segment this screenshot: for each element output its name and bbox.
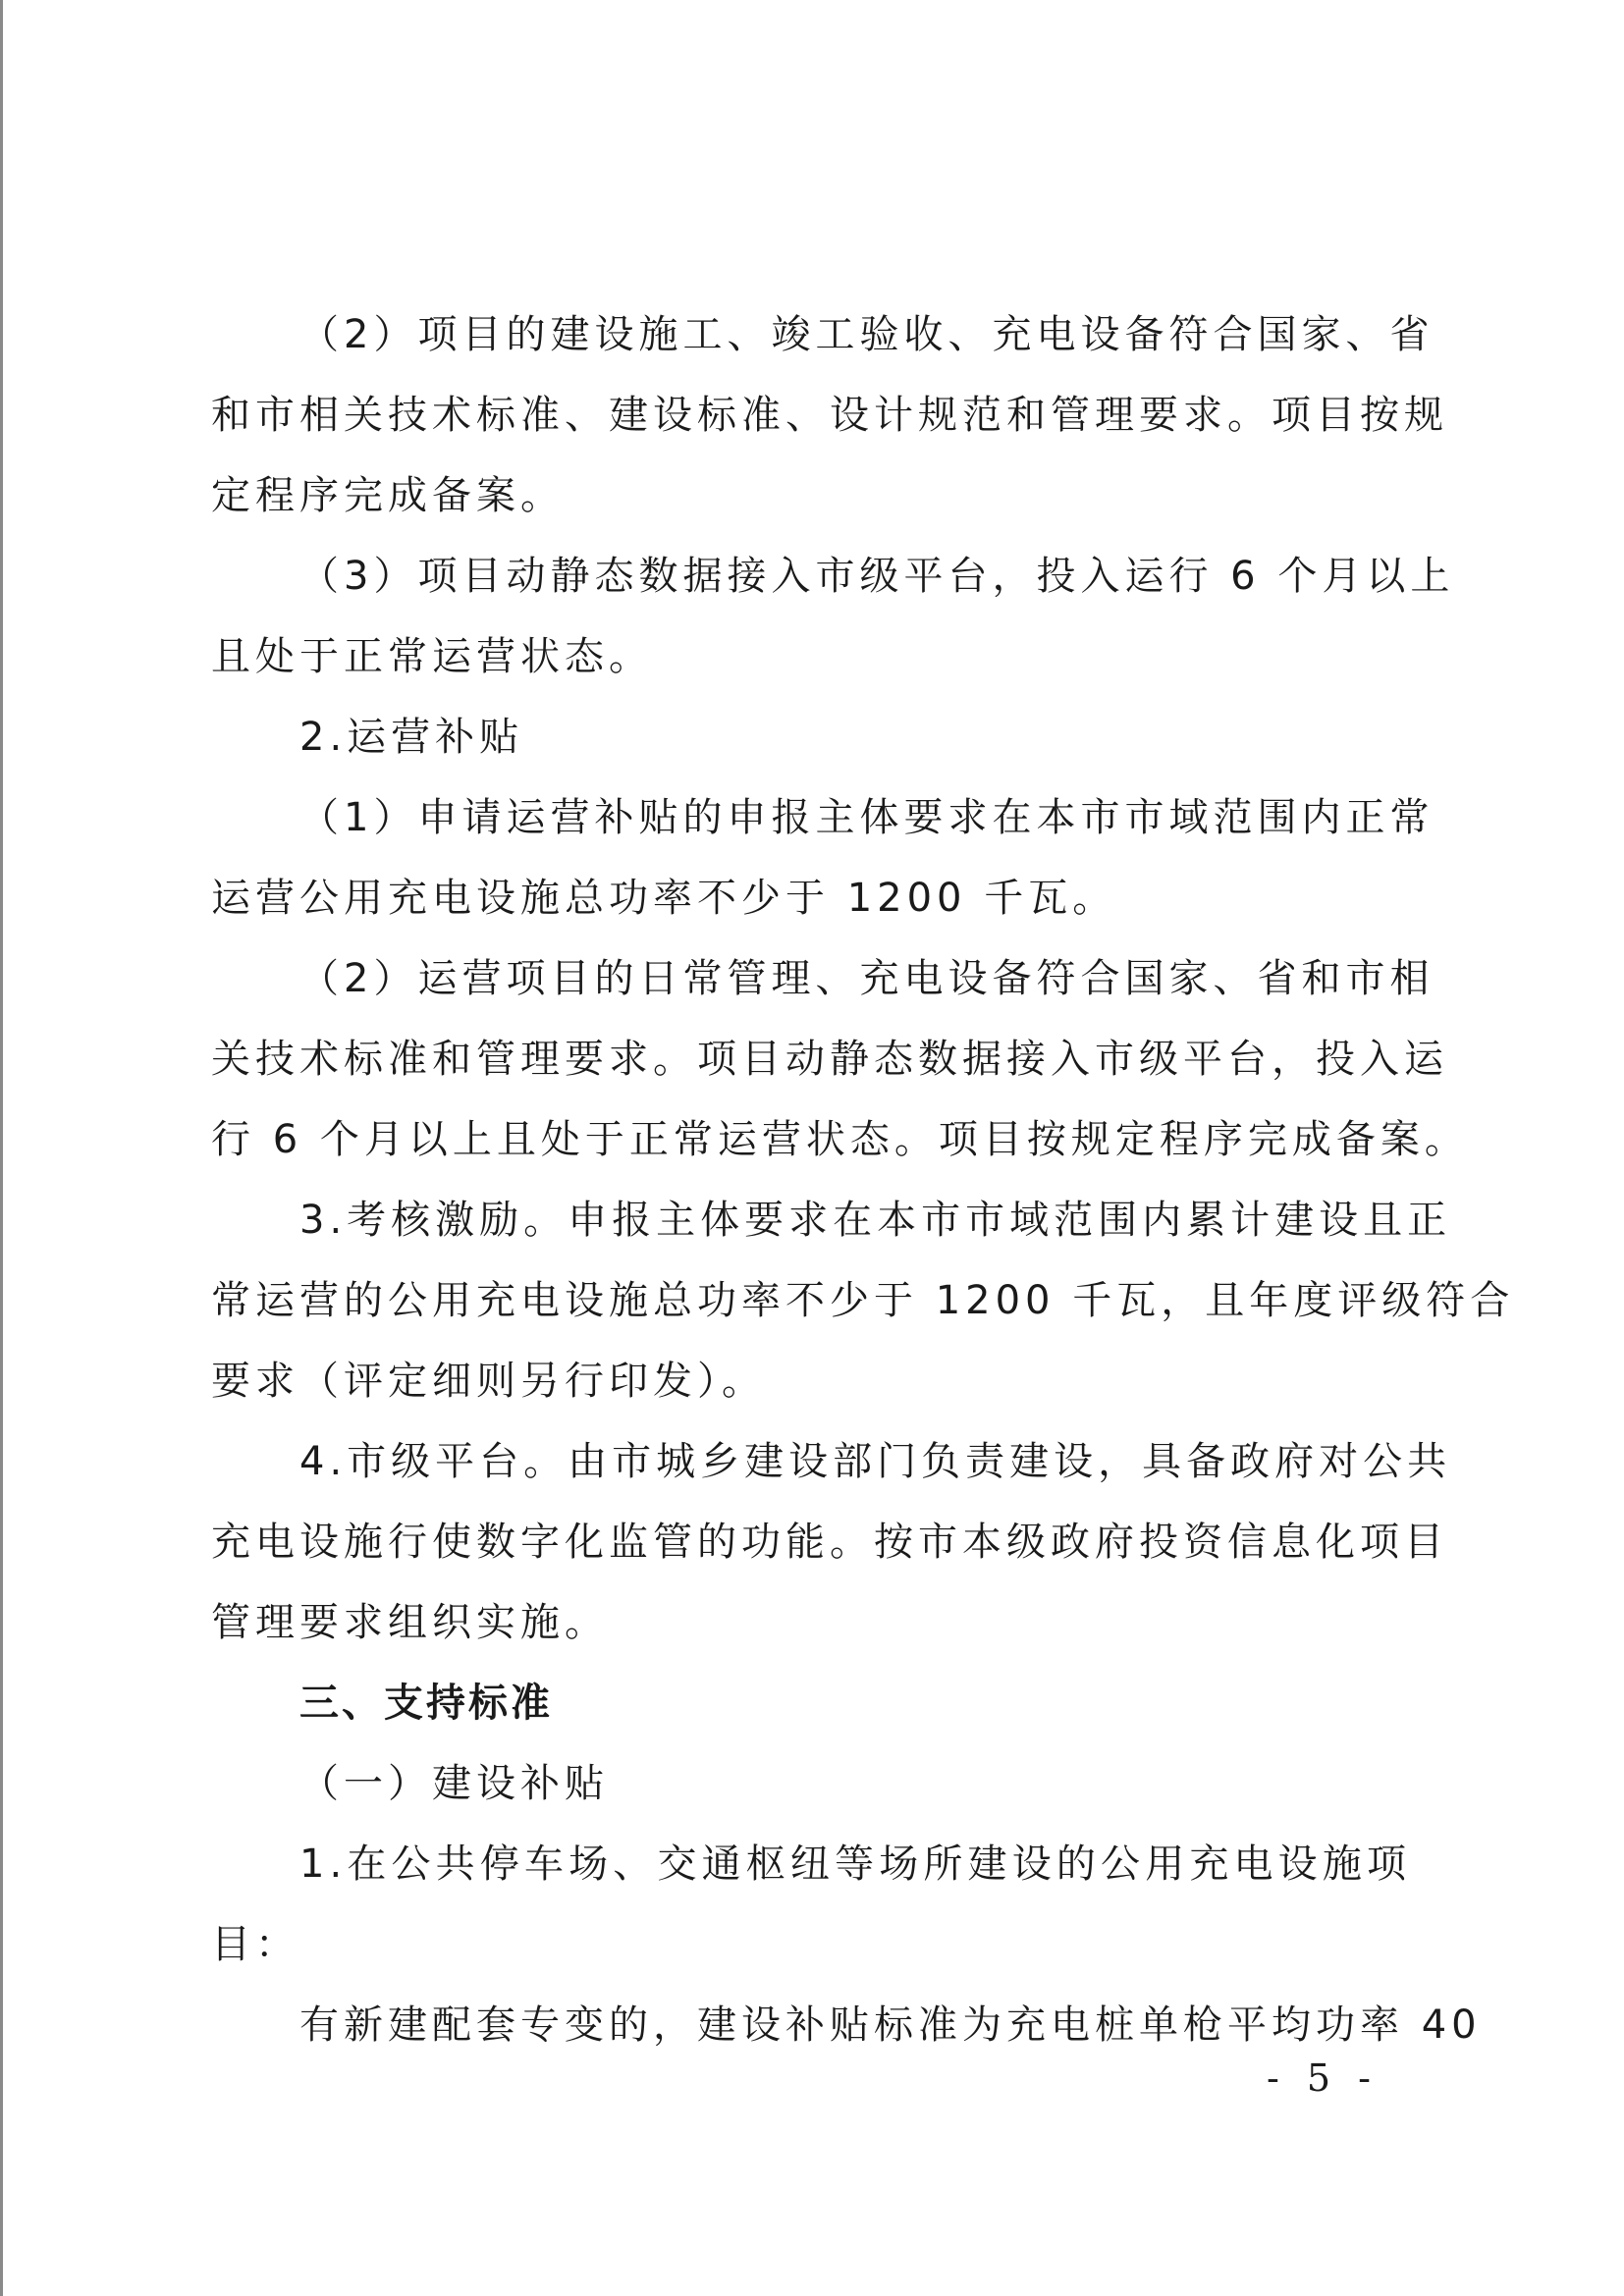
paragraph-line: 有新建配套专变的，建设补贴标准为充电桩单枪平均功率 40	[211, 1985, 1411, 2065]
scan-edge	[0, 0, 3, 2296]
paragraph-line: 运营公用充电设施总功率不少于 1200 千瓦。	[211, 858, 1411, 938]
section-heading: 三、支持标准	[211, 1663, 1411, 1743]
paragraph-line: 行 6 个月以上且处于正常运营状态。项目按规定程序完成备案。	[211, 1099, 1411, 1180]
paragraph-line: （2）项目的建设施工、竣工验收、充电设备符合国家、省	[211, 294, 1411, 375]
paragraph-line: 4.市级平台。由市城乡建设部门负责建设，具备政府对公共	[211, 1421, 1411, 1502]
paragraph-line: 管理要求组织实施。	[211, 1582, 1411, 1663]
section-subheading: 2.运营补贴	[211, 697, 1411, 777]
paragraph-line: 目：	[211, 1904, 1411, 1985]
paragraph-line: （3）项目动静态数据接入市级平台，投入运行 6 个月以上	[211, 536, 1411, 616]
paragraph-line: （2）运营项目的日常管理、充电设备符合国家、省和市相	[211, 938, 1411, 1019]
paragraph-line: 和市相关技术标准、建设标准、设计规范和管理要求。项目按规	[211, 375, 1411, 455]
section-subheading: （一）建设补贴	[211, 1743, 1411, 1824]
paragraph-line: 3.考核激励。申报主体要求在本市市域范围内累计建设且正	[211, 1180, 1411, 1260]
document-body: （2）项目的建设施工、竣工验收、充电设备符合国家、省 和市相关技术标准、建设标准…	[211, 294, 1411, 2065]
paragraph-line: 充电设施行使数字化监管的功能。按市本级政府投资信息化项目	[211, 1502, 1411, 1582]
page-number: - 5 -	[1267, 2056, 1379, 2100]
paragraph-line: 1.在公共停车场、交通枢纽等场所建设的公用充电设施项	[211, 1824, 1411, 1904]
paragraph-line: 关技术标准和管理要求。项目动静态数据接入市级平台，投入运	[211, 1019, 1411, 1099]
paragraph-line: 且处于正常运营状态。	[211, 616, 1411, 697]
paragraph-line: 要求（评定细则另行印发）。	[211, 1341, 1411, 1421]
paragraph-line: 定程序完成备案。	[211, 455, 1411, 536]
paragraph-line: 常运营的公用充电设施总功率不少于 1200 千瓦，且年度评级符合	[211, 1260, 1411, 1341]
paragraph-line: （1）申请运营补贴的申报主体要求在本市市域范围内正常	[211, 777, 1411, 858]
